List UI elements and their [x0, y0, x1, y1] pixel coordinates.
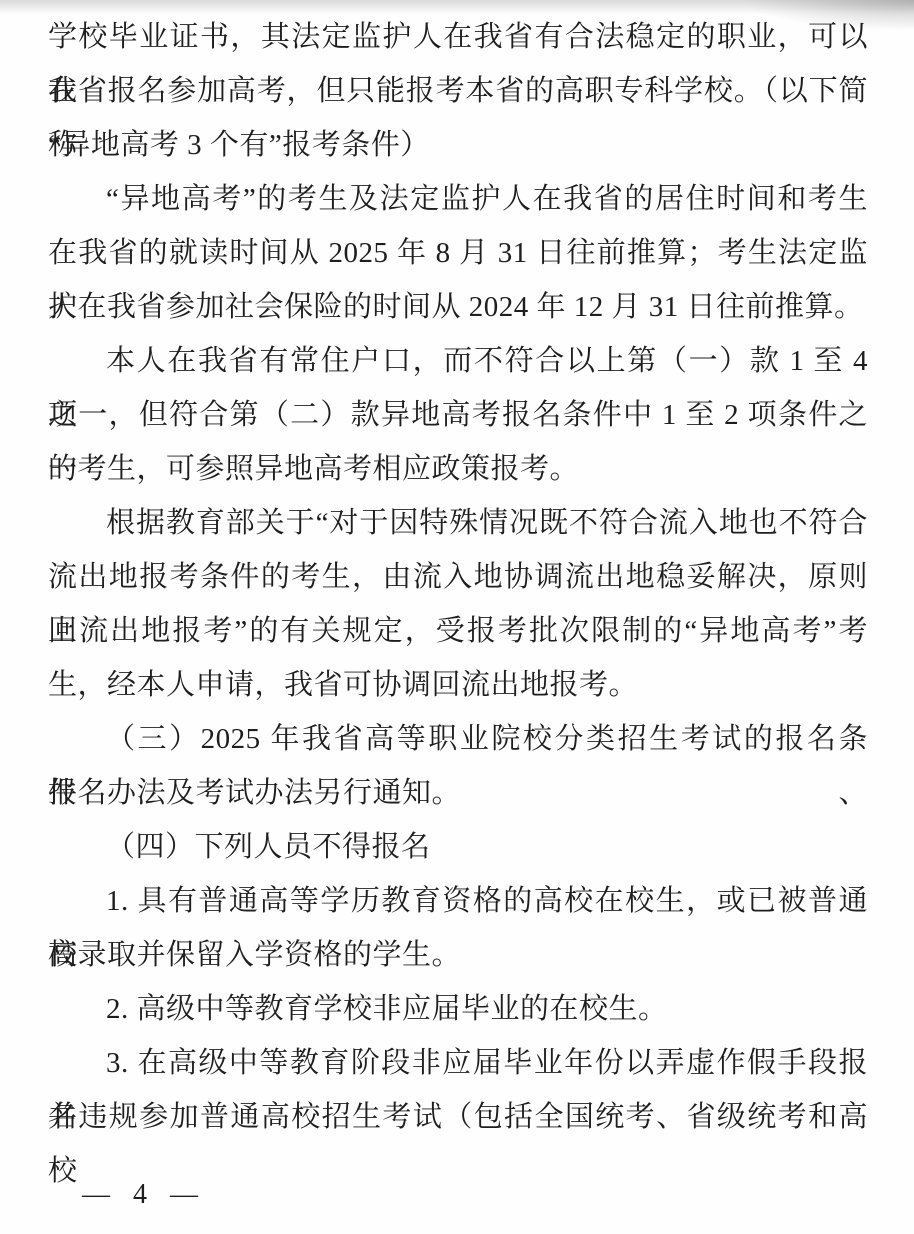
text-line: 1. 具有普通高等学历教育资格的高校在校生，或已被普通高 — [48, 874, 868, 928]
page-number: — 4 — — [82, 1178, 206, 1212]
text-line: 2. 高级中等教育学校非应届毕业的在校生。 — [48, 982, 868, 1036]
text-line: 根据教育部关于“对于因特殊情况既不符合流入地也不符合 — [48, 496, 868, 550]
text-line: 人在我省参加社会保险的时间从 2024 年 12 月 31 日往前推算。 — [48, 280, 868, 334]
text-line: 学校毕业证书，其法定监护人在我省有合法稳定的职业，可以在 — [48, 10, 868, 64]
text-line: 在我省的就读时间从 2025 年 8 月 31 日往前推算；考生法定监护 — [48, 226, 868, 280]
text-line: 校录取并保留入学资格的学生。 — [48, 928, 868, 982]
document-page: 学校毕业证书，其法定监护人在我省有合法稳定的职业，可以在 我省报名参加高考，但只… — [0, 0, 914, 1234]
document-body: 学校毕业证书，其法定监护人在我省有合法稳定的职业，可以在 我省报名参加高考，但只… — [48, 10, 868, 1144]
text-line: 本人在我省有常住户口，而不符合以上第（一）款 1 至 4 项 — [48, 334, 868, 388]
text-line: 并违规参加普通高校招生考试（包括全国统考、省级统考和高校 — [48, 1090, 868, 1144]
text-line: （三）2025 年我省高等职业院校分类招生考试的报名条件、 — [48, 712, 868, 766]
text-line: 流出地报考条件的考生，由流入地协调流出地稳妥解决，原则上 — [48, 550, 868, 604]
text-line: 生，经本人申请，我省可协调回流出地报考。 — [48, 658, 868, 712]
text-line: （四）下列人员不得报名 — [48, 820, 868, 874]
text-line: 我省报名参加高考，但只能报考本省的高职专科学校。（以下简称 — [48, 64, 868, 118]
text-line: “异地高考”的考生及法定监护人在我省的居住时间和考生 — [48, 172, 868, 226]
text-line: 的考生，可参照异地高考相应政策报考。 — [48, 442, 868, 496]
text-line: 之一，但符合第（二）款异地高考报名条件中 1 至 2 项条件之一 — [48, 388, 868, 442]
text-line: “异地高考 3 个有”报考条件） — [48, 118, 868, 172]
text-line: 回流出地报考”的有关规定，受报考批次限制的“异地高考”考 — [48, 604, 868, 658]
text-line: 3. 在高级中等教育阶段非应届毕业年份以弄虚作假手段报名 — [48, 1036, 868, 1090]
